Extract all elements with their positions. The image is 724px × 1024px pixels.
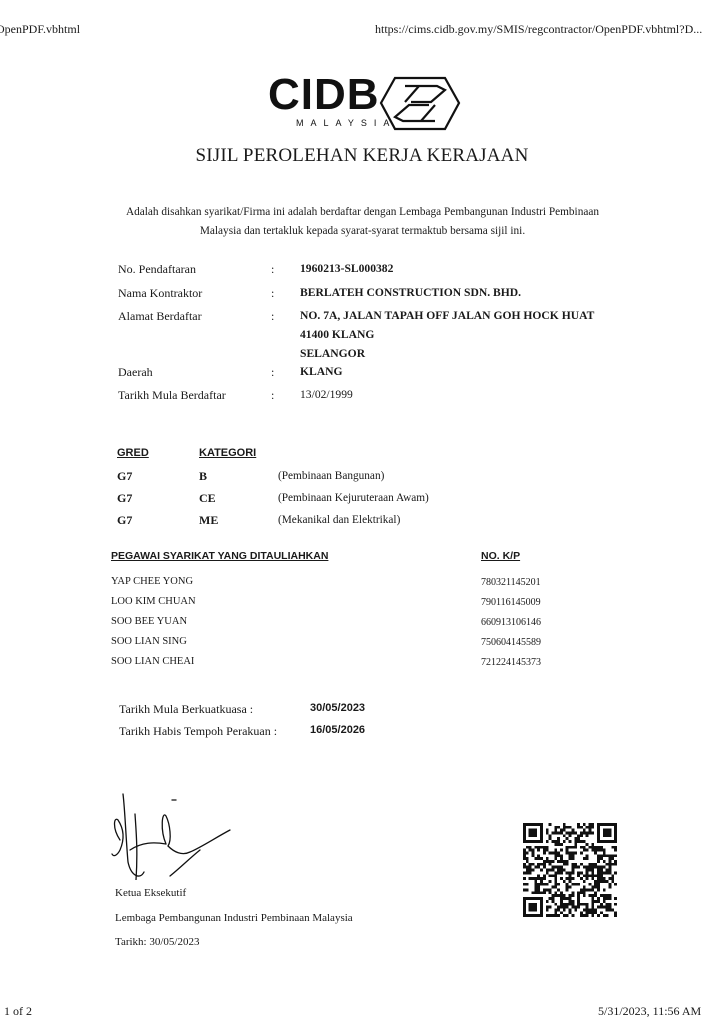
address-line-3: SELANGOR bbox=[300, 344, 365, 363]
detail-label: No. Pendaftaran bbox=[118, 262, 196, 277]
officer-name: LOO KIM CHUAN bbox=[111, 596, 196, 607]
cidb-logo: CIDB MALAYSIA bbox=[268, 76, 458, 136]
grade-cell: G7 bbox=[117, 513, 132, 528]
officers-ic-header: NO. K/P bbox=[481, 550, 520, 562]
officer-ic: 790116145009 bbox=[481, 597, 541, 608]
detail-colon: : bbox=[271, 388, 274, 403]
category-header: KATEGORI bbox=[199, 447, 256, 459]
print-page-counter: 1 of 2 bbox=[4, 1004, 32, 1019]
detail-colon: : bbox=[271, 309, 274, 324]
category-cell: CE bbox=[199, 491, 216, 506]
officer-name: SOO LIAN SING bbox=[111, 636, 187, 647]
detail-label: Nama Kontraktor bbox=[118, 286, 202, 301]
print-url: https://cims.cidb.gov.my/SMIS/regcontrac… bbox=[375, 22, 702, 37]
signatory-date: Tarikh: 30/05/2023 bbox=[115, 936, 199, 948]
detail-value: 1960213-SL000382 bbox=[300, 259, 393, 278]
certificate-intro: Adalah disahkan syarikat/Firma ini adala… bbox=[110, 203, 615, 241]
validity-end-value: 16/05/2026 bbox=[310, 724, 365, 736]
detail-value: KLANG bbox=[300, 362, 343, 381]
detail-value: 13/02/1999 bbox=[300, 385, 353, 404]
detail-value: BERLATEH CONSTRUCTION SDN. BHD. bbox=[300, 283, 521, 302]
logo-wordmark: CIDB bbox=[268, 70, 380, 120]
address-line-2: 41400 KLANG bbox=[300, 325, 374, 344]
detail-colon: : bbox=[271, 365, 274, 380]
validity-start-value: 30/05/2023 bbox=[310, 702, 365, 714]
qr-code bbox=[523, 823, 617, 917]
officer-name: SOO LIAN CHEAI bbox=[111, 656, 194, 667]
detail-label: Tarikh Mula Berdaftar bbox=[118, 388, 226, 403]
signatory-organisation: Lembaga Pembangunan Industri Pembinaan M… bbox=[115, 912, 353, 924]
print-page-title: OpenPDF.vbhtml bbox=[0, 22, 80, 37]
officer-ic: 780321145201 bbox=[481, 577, 541, 588]
officer-ic: 721224145373 bbox=[481, 657, 541, 668]
detail-colon: : bbox=[271, 286, 274, 301]
category-description: (Pembinaan Bangunan) bbox=[278, 470, 384, 482]
signature-image bbox=[90, 780, 250, 880]
certificate-title: SIJIL PEROLEHAN KERJA KERAJAAN bbox=[0, 145, 724, 167]
officer-name: SOO BEE YUAN bbox=[111, 616, 187, 627]
validity-start-label: Tarikh Mula Berkuatkuasa : bbox=[119, 702, 253, 717]
grade-header: GRED bbox=[117, 447, 149, 459]
signatory-position: Ketua Eksekutif bbox=[115, 887, 186, 899]
category-cell: B bbox=[199, 469, 207, 484]
grade-cell: G7 bbox=[117, 491, 132, 506]
officer-name: YAP CHEE YONG bbox=[111, 576, 193, 587]
category-description: (Pembinaan Kejuruteraan Awam) bbox=[278, 492, 429, 504]
officers-name-header: PEGAWAI SYARIKAT YANG DITAULIAHKAN bbox=[111, 550, 328, 562]
category-description: (Mekanikal dan Elektrikal) bbox=[278, 514, 400, 526]
cidb-emblem-icon bbox=[379, 76, 461, 131]
detail-label: Alamat Berdaftar bbox=[118, 309, 202, 324]
detail-colon: : bbox=[271, 262, 274, 277]
category-cell: ME bbox=[199, 513, 218, 528]
officer-ic: 660913106146 bbox=[481, 617, 541, 628]
validity-end-label: Tarikh Habis Tempoh Perakuan : bbox=[119, 724, 277, 739]
detail-label: Daerah bbox=[118, 365, 153, 380]
print-timestamp: 5/31/2023, 11:56 AM bbox=[598, 1004, 701, 1019]
address-line-1: NO. 7A, JALAN TAPAH OFF JALAN GOH HOCK H… bbox=[300, 306, 594, 325]
officer-ic: 750604145589 bbox=[481, 637, 541, 648]
grade-cell: G7 bbox=[117, 469, 132, 484]
